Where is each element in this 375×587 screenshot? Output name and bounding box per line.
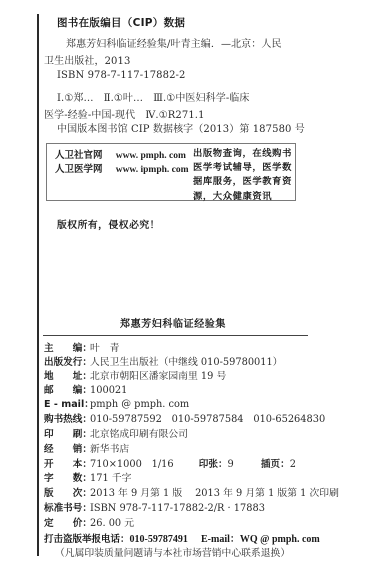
info-label: 出版发行： [44, 354, 90, 368]
cip-heading: 图书在版编目（CIP）数据 [57, 15, 185, 30]
info-value: 新华书店 [90, 444, 129, 455]
website-description: 出版物查询，在线购书医学考试辅导，医学数据库服务，医学教育资源，大众健康资讯 [193, 147, 295, 204]
info-row-edition: 版 次：2013 年 9 月第 1 版 2013 年 9 月第 1 版第 1 次… [44, 485, 339, 499]
piracy-phone: 010-59787491 [130, 534, 188, 545]
info-row-hotline: 购书热线：010-59787592 010-59787584 010-65264… [44, 411, 325, 425]
info-row-word-count: 字 数：171 千字 [44, 470, 131, 484]
book-title: 郑惠芳妇科临证经验集 [120, 315, 226, 330]
info-value: 2013 年 9 月第 1 版 2013 年 9 月第 1 版第 1 次印刷 [90, 488, 339, 499]
cip-line-title: 郑惠芳妇科临证经验集/叶青主编．—北京：人民 [66, 35, 282, 50]
sheets-value: 9 [228, 459, 234, 470]
cip-line-record-number: 中国版本图书馆 CIP 数据核字（2013）第 187580 号 [57, 120, 305, 135]
info-row-editor: 主 编：叶 青 [44, 340, 119, 354]
info-label: 邮 编： [44, 382, 90, 396]
website-url-link[interactable]: www. ipmph. com [116, 165, 189, 175]
website-row-ipmph: 人卫医学网 www. ipmph. com [55, 161, 189, 175]
inserts-value: 2 [290, 459, 296, 470]
piracy-report-row: 打击盗版举报电话：010-59787491 E-mail：WQ @ pmph. … [44, 530, 320, 545]
info-value: ISBN 978-7-117-17882-2/R · 17883 [90, 503, 265, 514]
sheets-label: 印张： [199, 459, 228, 470]
cip-line-publisher: 卫生出版社，2013 [44, 52, 130, 67]
piracy-label: 打击盗版举报电话： [44, 534, 130, 545]
left-margin-rule [37, 14, 39, 556]
info-value: 叶 青 [90, 343, 119, 354]
info-label: 印 刷： [44, 426, 90, 440]
info-value: 710×1000 1/16 [90, 459, 174, 470]
info-row-publisher: 出版发行：人民卫生出版社（中继线 010-59780011） [44, 354, 283, 368]
info-label: 版 次： [44, 485, 90, 499]
website-row-pmph: 人卫社官网 www. pmph. com [55, 147, 186, 161]
website-name: 人卫医学网 [55, 164, 103, 175]
info-value: 26. 00 元 [90, 518, 134, 529]
inserts-label: 插页： [261, 459, 290, 470]
quality-note: （凡属印装质量问题请与本社市场营销中心联系退换） [55, 545, 290, 559]
piracy-email-link[interactable]: WQ @ pmph. com [240, 534, 320, 545]
info-value: 北京铭成印刷有限公司 [90, 429, 188, 440]
info-row-address: 地 址：北京市朝阳区潘家园南里 19 号 [44, 368, 226, 382]
info-label: 地 址： [44, 368, 90, 382]
info-row-price: 定 价：26. 00 元 [44, 515, 134, 529]
cip-line-isbn: ISBN 978-7-117-17882-2 [57, 70, 186, 81]
info-value: 人民卫生出版社（中继线 010-59780011） [90, 357, 283, 368]
info-value: 100021 [90, 385, 127, 396]
rights-notice: 版权所有，侵权必究！ [57, 217, 160, 231]
info-row-format: 开 本：710×1000 1/16 印张：9 插页：2 [44, 456, 296, 470]
info-value: 010-59787592 010-59787584 010-65264830 [90, 414, 325, 425]
info-label: 主 编： [44, 340, 90, 354]
info-label: 经 销： [44, 441, 90, 455]
cip-line-classification: Ⅰ.①郑… Ⅱ.①叶… Ⅲ.①中医妇科学-临床 [57, 89, 250, 104]
info-label: E - mail： [44, 396, 90, 410]
website-info-box: 人卫社官网 www. pmph. com 人卫医学网 www. ipmph. c… [46, 143, 296, 201]
info-label: 标准书号： [44, 500, 90, 514]
info-row-email: E - mail：pmph @ pmph. com [44, 396, 189, 410]
info-label: 字 数： [44, 470, 90, 484]
piracy-email-label: E-mail： [201, 534, 240, 545]
info-label: 购书热线： [44, 411, 90, 425]
info-label: 定 价： [44, 515, 90, 529]
title-divider [43, 335, 308, 336]
info-row-distributor: 经 销：新华书店 [44, 441, 129, 455]
info-value: 北京市朝阳区潘家园南里 19 号 [90, 371, 226, 382]
info-row-isbn: 标准书号：ISBN 978-7-117-17882-2/R · 17883 [44, 500, 265, 514]
cip-line-classification-cont: 医学-经验-中国-现代 Ⅳ.①R271.1 [44, 106, 205, 121]
info-row-printer: 印 刷：北京铭成印刷有限公司 [44, 426, 188, 440]
website-url-link[interactable]: www. pmph. com [116, 151, 186, 161]
website-name: 人卫社官网 [55, 150, 103, 161]
email-link[interactable]: pmph @ pmph. com [90, 399, 189, 410]
info-row-postcode: 邮 编：100021 [44, 382, 127, 396]
info-value: 171 千字 [90, 473, 131, 484]
info-label: 开 本： [44, 456, 90, 470]
